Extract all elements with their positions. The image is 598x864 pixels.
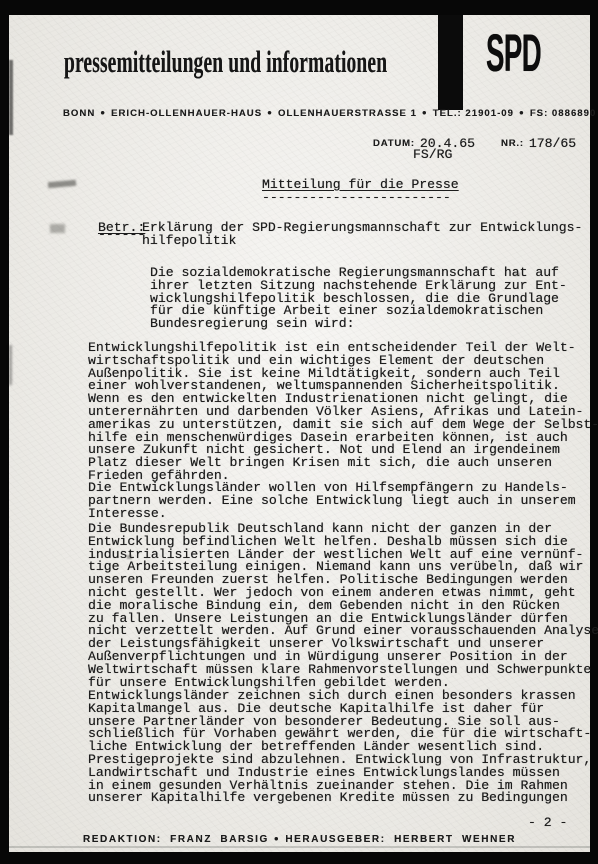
scan-edge-streak [9, 345, 12, 385]
datum-label: DATUM: [373, 138, 415, 149]
nr-label: NR.: [501, 138, 524, 149]
address-street: OLLENHAUERSTRASSE 1 [278, 108, 417, 119]
paragraph-1: Entwicklungshilfepolitik ist ein entsche… [88, 342, 598, 483]
scan-scanline [9, 846, 590, 848]
logo-divider-bar [438, 15, 463, 110]
masthead-title: pressemitteilungen und informationen [64, 46, 387, 78]
address-line: BONN●ERICH-OLLENHAUER-HAUS●OLLENHAUERSTR… [63, 108, 596, 119]
paragraph-4: Entwicklungsländer zeichnen sich durch e… [88, 690, 591, 805]
page-number: - 2 - [528, 817, 567, 830]
paragraph-intro: Die sozialdemokratische Regierungsmannsc… [150, 267, 567, 331]
date-line: DATUM:20.4.65NR.:178/65 [373, 133, 576, 151]
nr-value: 178/65 [529, 136, 576, 151]
paragraph-2: Die Entwicklungsländer wollen von Hilfse… [88, 482, 576, 520]
address-building: ERICH-OLLENHAUER-HAUS [111, 108, 262, 119]
herausgeber-label: HERAUSGEBER: [285, 834, 385, 845]
bullet-icon: ● [519, 108, 525, 117]
bullet-icon: ● [422, 108, 428, 117]
bullet-icon: ● [100, 108, 106, 117]
subject-underline-dashes: ------ [98, 231, 145, 238]
herausgeber-value: HERBERT WEHNER [394, 834, 516, 845]
title-underline-dashes: ------------------------ [262, 190, 451, 205]
address-phone: TEL.: 21901-09 [433, 108, 514, 119]
scanned-press-release: pressemitteilungen und informationen SPD… [0, 0, 598, 864]
scan-smudge [48, 180, 76, 188]
bullet-icon: ● [267, 108, 273, 117]
scan-smudge [50, 224, 65, 233]
footer-imprint: REDAKTION: FRANZ BARSIG●HERAUSGEBER: HER… [9, 834, 590, 845]
scan-edge-streak [9, 60, 13, 135]
press-title-block: Mitteilung für die Presse --------------… [262, 179, 459, 205]
spd-logo: SPD [486, 34, 541, 74]
redaktion-label: REDAKTION: [83, 834, 162, 845]
address-telex: FS: 0886890 [530, 108, 596, 119]
subject-text: Erklärung der SPD-Regierungsmannschaft z… [142, 222, 582, 248]
ref-code: FS/RG [413, 147, 452, 162]
address-city: BONN [63, 108, 95, 119]
bullet-icon: ● [274, 834, 280, 843]
redaktion-value: FRANZ BARSIG [170, 834, 269, 845]
paper-sheet: pressemitteilungen und informationen SPD… [9, 15, 590, 852]
paragraph-3: Die Bundesrepublik Deutschland kann nich… [88, 523, 598, 689]
